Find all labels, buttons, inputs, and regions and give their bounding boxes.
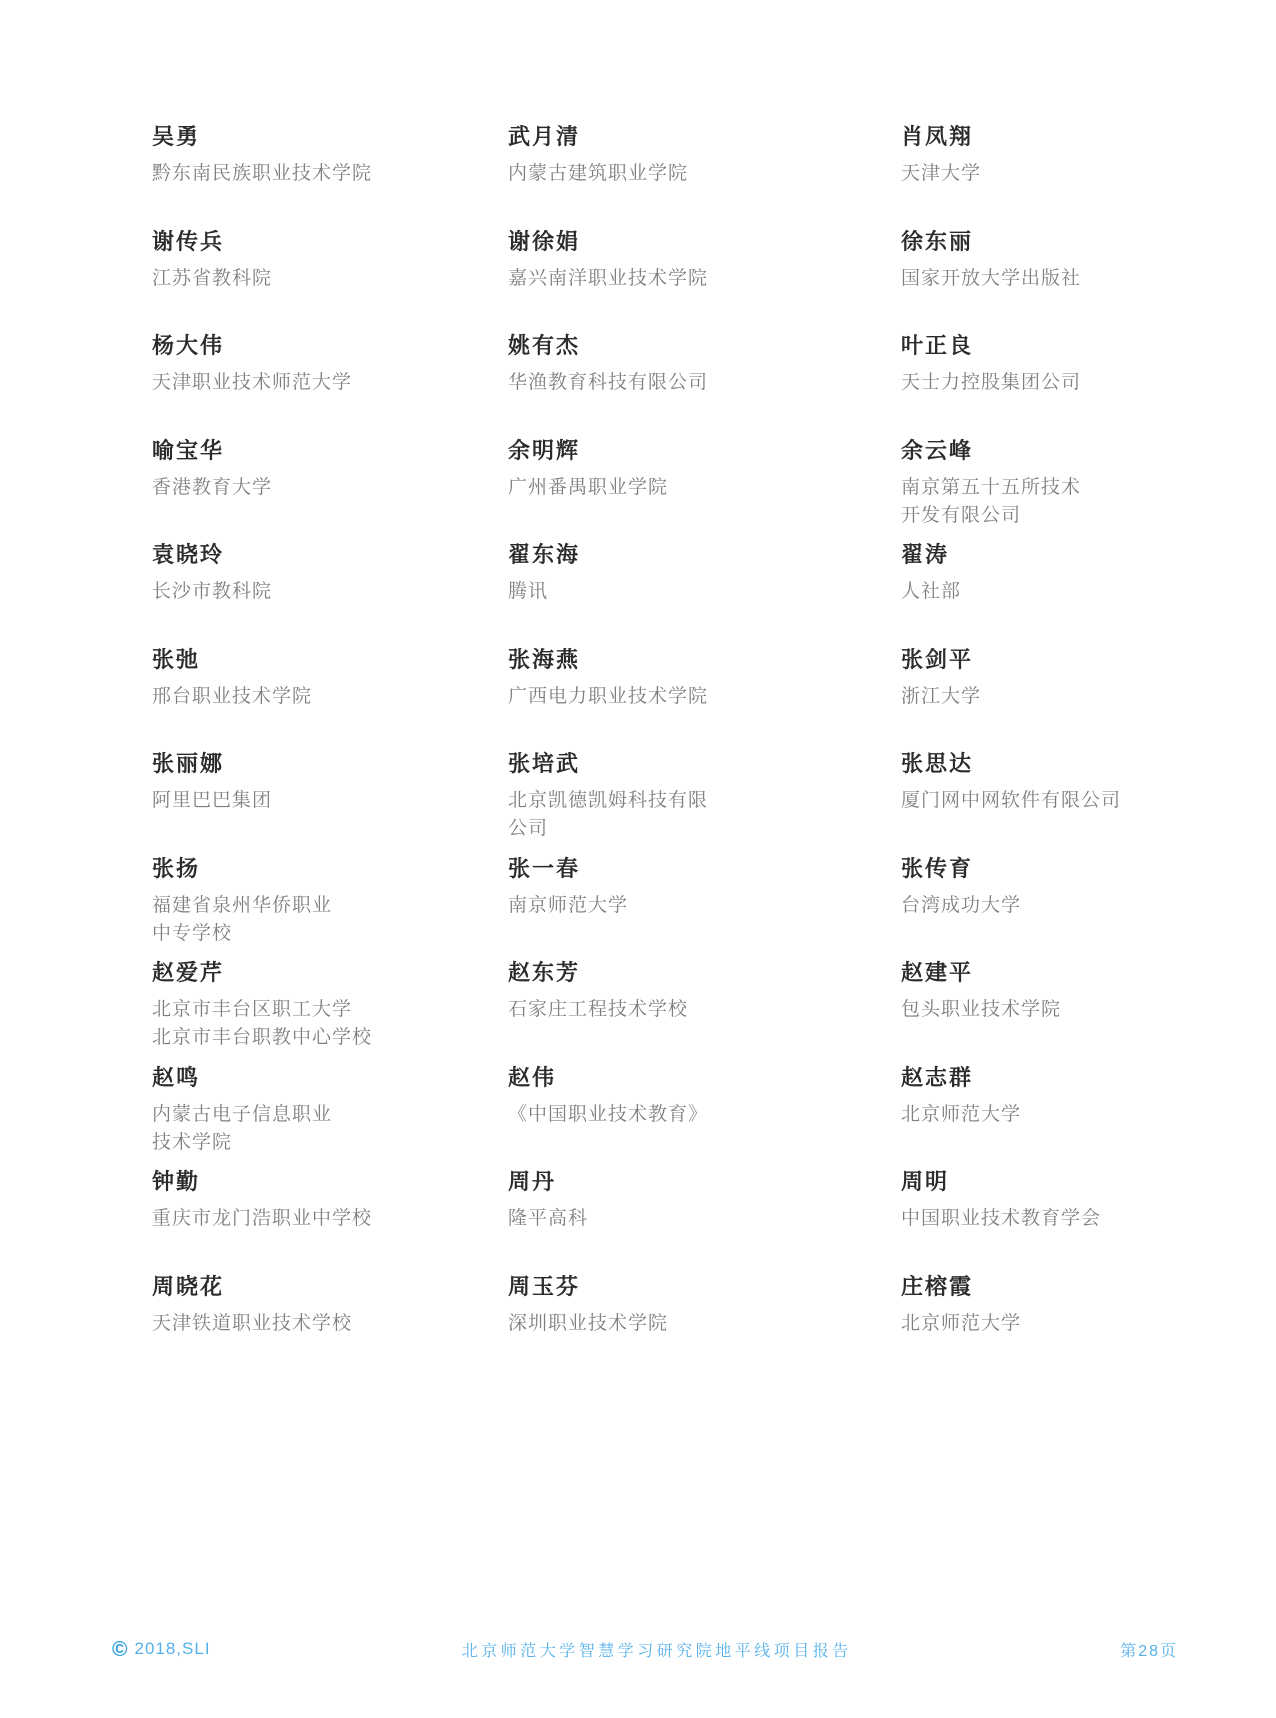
list-item: 张思达 厦门网中网软件有限公司 — [901, 749, 1162, 854]
list-item: 张剑平 浙江大学 — [901, 645, 1162, 750]
person-affiliation: 天津铁道职业技术学校 — [152, 1310, 508, 1338]
person-name: 周丹 — [508, 1167, 901, 1197]
list-item: 张传育 台湾成功大学 — [901, 854, 1162, 959]
footer-document-title: 北京师范大学智慧学习研究院地平线项目报告 — [462, 1638, 852, 1661]
person-affiliation: 广州番禺职业学院 — [508, 474, 901, 502]
person-affiliation: 香港教育大学 — [152, 474, 508, 502]
person-name: 赵伟 — [508, 1063, 901, 1093]
list-item: 谢传兵 江苏省教科院 — [152, 227, 508, 332]
list-item: 张弛 邢台职业技术学院 — [152, 645, 508, 750]
person-name: 谢徐娟 — [508, 227, 901, 257]
list-item: 赵志群 北京师范大学 — [901, 1063, 1162, 1168]
person-name: 张一春 — [508, 854, 901, 884]
list-item: 杨大伟 天津职业技术师范大学 — [152, 331, 508, 436]
copyright-icon: © — [112, 1639, 128, 1660]
person-affiliation: 浙江大学 — [901, 683, 1162, 711]
person-affiliation: 包头职业技术学院 — [901, 996, 1162, 1024]
person-name: 谢传兵 — [152, 227, 508, 257]
list-item: 谢徐娟 嘉兴南洋职业技术学院 — [508, 227, 901, 332]
participants-list: 吴勇 黔东南民族职业技术学院 武月清 内蒙古建筑职业学院 肖凤翔 天津大学 谢传… — [152, 122, 1162, 1376]
person-name: 杨大伟 — [152, 331, 508, 361]
list-item: 张一春 南京师范大学 — [508, 854, 901, 959]
person-affiliation: 天士力控股集团公司 — [901, 369, 1162, 397]
person-affiliation: 内蒙古电子信息职业 技术学院 — [152, 1101, 508, 1157]
list-item: 吴勇 黔东南民族职业技术学院 — [152, 122, 508, 227]
person-name: 周玉芬 — [508, 1272, 901, 1302]
list-item: 赵伟 《中国职业技术教育》 — [508, 1063, 901, 1168]
person-name: 张弛 — [152, 645, 508, 675]
person-affiliation: 北京凯德凯姆科技有限 公司 — [508, 787, 901, 843]
list-item: 喻宝华 香港教育大学 — [152, 436, 508, 541]
list-item: 姚有杰 华渔教育科技有限公司 — [508, 331, 901, 436]
list-item: 周明 中国职业技术教育学会 — [901, 1167, 1162, 1272]
person-affiliation: 隆平高科 — [508, 1205, 901, 1233]
person-affiliation: 天津职业技术师范大学 — [152, 369, 508, 397]
person-name: 赵志群 — [901, 1063, 1162, 1093]
list-item: 武月清 内蒙古建筑职业学院 — [508, 122, 901, 227]
person-affiliation: 内蒙古建筑职业学院 — [508, 160, 901, 188]
person-name: 庄榕霞 — [901, 1272, 1162, 1302]
person-affiliation: 广西电力职业技术学院 — [508, 683, 901, 711]
person-name: 袁晓玲 — [152, 540, 508, 570]
list-item: 翟东海 腾讯 — [508, 540, 901, 645]
person-affiliation: 《中国职业技术教育》 — [508, 1101, 901, 1129]
person-affiliation: 深圳职业技术学院 — [508, 1310, 901, 1338]
person-affiliation: 嘉兴南洋职业技术学院 — [508, 265, 901, 293]
copyright-text: 2018,SLI — [134, 1639, 210, 1659]
list-item: 赵东芳 石家庄工程技术学校 — [508, 958, 901, 1063]
list-item: 翟涛 人社部 — [901, 540, 1162, 645]
list-item: 徐东丽 国家开放大学出版社 — [901, 227, 1162, 332]
person-affiliation: 腾讯 — [508, 578, 901, 606]
list-item: 周玉芬 深圳职业技术学院 — [508, 1272, 901, 1377]
person-name: 张传育 — [901, 854, 1162, 884]
person-name: 喻宝华 — [152, 436, 508, 466]
person-affiliation: 北京市丰台区职工大学 北京市丰台职教中心学校 — [152, 996, 508, 1052]
list-item: 赵建平 包头职业技术学院 — [901, 958, 1162, 1063]
person-affiliation: 天津大学 — [901, 160, 1162, 188]
person-name: 钟勤 — [152, 1167, 508, 1197]
person-name: 赵鸣 — [152, 1063, 508, 1093]
person-name: 张思达 — [901, 749, 1162, 779]
person-affiliation: 中国职业技术教育学会 — [901, 1205, 1162, 1233]
list-item: 袁晓玲 长沙市教科院 — [152, 540, 508, 645]
list-item: 余明辉 广州番禺职业学院 — [508, 436, 901, 541]
person-affiliation: 国家开放大学出版社 — [901, 265, 1162, 293]
list-item: 赵爱芹 北京市丰台区职工大学 北京市丰台职教中心学校 — [152, 958, 508, 1063]
person-affiliation: 南京师范大学 — [508, 892, 901, 920]
list-item: 张海燕 广西电力职业技术学院 — [508, 645, 901, 750]
person-name: 张剑平 — [901, 645, 1162, 675]
person-name: 叶正良 — [901, 331, 1162, 361]
person-affiliation: 南京第五十五所技术 开发有限公司 — [901, 474, 1162, 530]
list-item: 张丽娜 阿里巴巴集团 — [152, 749, 508, 854]
person-affiliation: 石家庄工程技术学校 — [508, 996, 901, 1024]
page-number: 第28页 — [1120, 1638, 1178, 1661]
report-page: 吴勇 黔东南民族职业技术学院 武月清 内蒙古建筑职业学院 肖凤翔 天津大学 谢传… — [0, 0, 1276, 1718]
list-item: 叶正良 天士力控股集团公司 — [901, 331, 1162, 436]
person-affiliation: 黔东南民族职业技术学院 — [152, 160, 508, 188]
person-name: 张培武 — [508, 749, 901, 779]
list-item: 余云峰 南京第五十五所技术 开发有限公司 — [901, 436, 1162, 541]
person-name: 周晓花 — [152, 1272, 508, 1302]
person-affiliation: 厦门网中网软件有限公司 — [901, 787, 1162, 815]
person-affiliation: 邢台职业技术学院 — [152, 683, 508, 711]
person-name: 肖凤翔 — [901, 122, 1162, 152]
list-item: 周丹 隆平高科 — [508, 1167, 901, 1272]
list-item: 赵鸣 内蒙古电子信息职业 技术学院 — [152, 1063, 508, 1168]
person-affiliation: 福建省泉州华侨职业 中专学校 — [152, 892, 508, 948]
person-affiliation: 重庆市龙门浩职业中学校 — [152, 1205, 508, 1233]
person-name: 赵建平 — [901, 958, 1162, 988]
copyright-line: © 2018,SLI — [112, 1639, 211, 1660]
person-name: 张海燕 — [508, 645, 901, 675]
list-item: 张培武 北京凯德凯姆科技有限 公司 — [508, 749, 901, 854]
person-name: 武月清 — [508, 122, 901, 152]
person-affiliation: 阿里巴巴集团 — [152, 787, 508, 815]
list-item: 庄榕霞 北京师范大学 — [901, 1272, 1162, 1377]
list-item: 钟勤 重庆市龙门浩职业中学校 — [152, 1167, 508, 1272]
list-item: 张扬 福建省泉州华侨职业 中专学校 — [152, 854, 508, 959]
page-footer: © 2018,SLI 北京师范大学智慧学习研究院地平线项目报告 第28页 — [112, 1634, 1178, 1664]
person-name: 张扬 — [152, 854, 508, 884]
person-name: 余云峰 — [901, 436, 1162, 466]
person-name: 翟东海 — [508, 540, 901, 570]
list-item: 肖凤翔 天津大学 — [901, 122, 1162, 227]
person-name: 翟涛 — [901, 540, 1162, 570]
person-name: 吴勇 — [152, 122, 508, 152]
person-affiliation: 长沙市教科院 — [152, 578, 508, 606]
person-name: 赵东芳 — [508, 958, 901, 988]
person-name: 徐东丽 — [901, 227, 1162, 257]
person-affiliation: 人社部 — [901, 578, 1162, 606]
person-name: 周明 — [901, 1167, 1162, 1197]
person-name: 余明辉 — [508, 436, 901, 466]
person-affiliation: 台湾成功大学 — [901, 892, 1162, 920]
person-name: 赵爱芹 — [152, 958, 508, 988]
person-name: 姚有杰 — [508, 331, 901, 361]
person-affiliation: 江苏省教科院 — [152, 265, 508, 293]
person-name: 张丽娜 — [152, 749, 508, 779]
list-item: 周晓花 天津铁道职业技术学校 — [152, 1272, 508, 1377]
person-affiliation: 华渔教育科技有限公司 — [508, 369, 901, 397]
person-affiliation: 北京师范大学 — [901, 1101, 1162, 1129]
person-affiliation: 北京师范大学 — [901, 1310, 1162, 1338]
